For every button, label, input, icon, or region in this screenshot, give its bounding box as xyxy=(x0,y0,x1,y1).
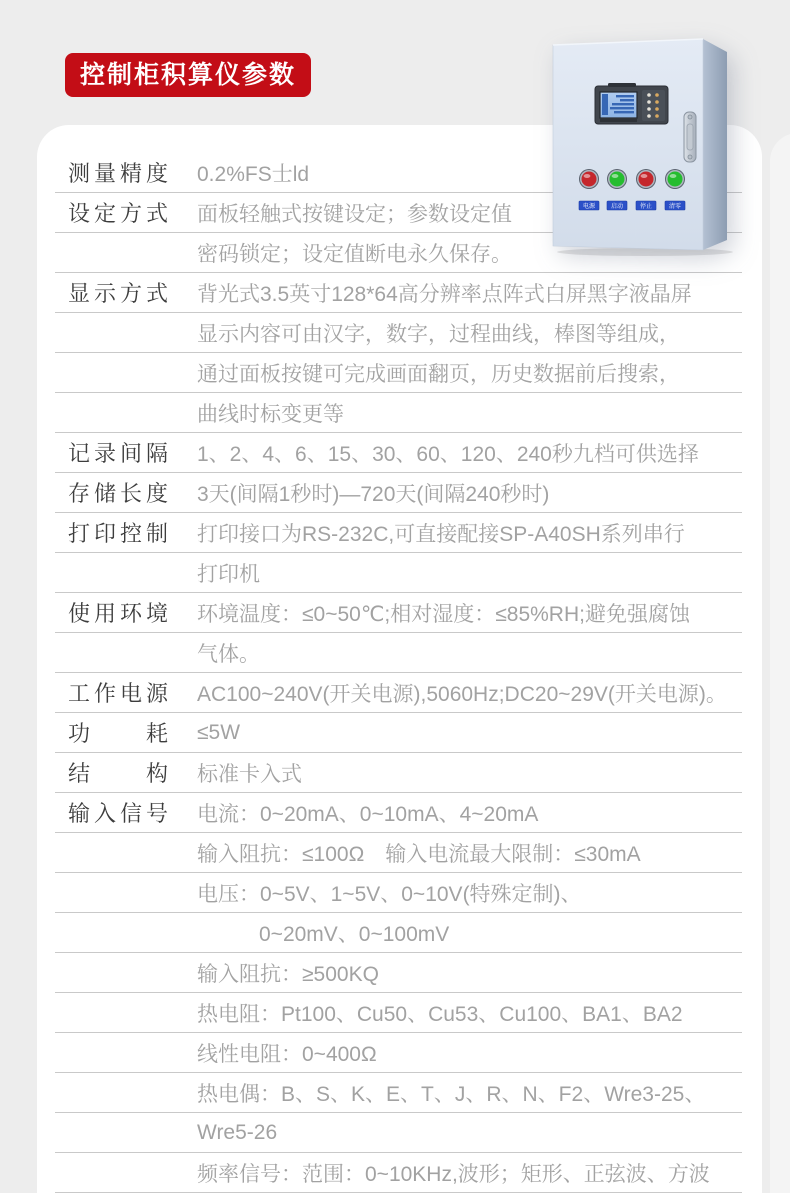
spec-row-value: 电压：0~5V、1~5V、0~10V(特殊定制)、 xyxy=(197,878,582,908)
spec-row-value: 曲线时标变更等 xyxy=(197,398,344,428)
spec-row-value: 热电阻：Pt100、Cu50、Cu53、Cu100、BA1、BA2 xyxy=(197,998,683,1028)
spec-row-label: 测量精度 xyxy=(68,157,168,188)
spec-row: 线性电阻：0~400Ω xyxy=(55,1033,742,1073)
spec-row-value: 打印接口为RS-232C,可直接配接SP-A40SH系列串行 xyxy=(197,518,685,548)
spec-row-value: 热电偶：B、S、K、E、T、J、R、N、F2、Wre3-25、 xyxy=(197,1078,705,1108)
page-title: 控制柜积算仪参数 xyxy=(65,53,311,97)
spec-row: 记录间隔1、2、4、6、15、30、60、120、240秒九档可供选择 xyxy=(55,433,742,473)
spec-row-value: 频率信号：范围：0~10KHz,波形；矩形、正弦波、方波 xyxy=(197,1158,710,1188)
spec-row-value: 3天(间隔1秒时)—720天(间隔240秒时) xyxy=(197,478,549,508)
spec-row-value: 通过面板按键可完成画面翻页，历史数据前后搜索， xyxy=(197,358,680,388)
spec-row-value: 环境温度：≤0~50℃;相对湿度：≤85%RH;避免强腐蚀 xyxy=(197,598,690,628)
spec-row: 输入阻抗：≤100Ω 输入电流最大限制：≤30mA xyxy=(55,833,742,873)
spec-row-label: 结构 xyxy=(68,757,168,788)
spec-row: 工作电源AC100~240V(开关电源),5060Hz;DC20~29V(开关电… xyxy=(55,673,742,713)
spec-row: 通过面板按键可完成画面翻页，历史数据前后搜索， xyxy=(55,353,742,393)
recorder-instrument xyxy=(595,83,668,124)
stop-button-label: 停止 xyxy=(640,202,652,210)
spec-row: 曲线时标变更等 xyxy=(55,393,742,433)
spec-row-label: 设定方式 xyxy=(68,197,168,228)
spec-table: 测量精度0.2%FS士ld设定方式面板轻触式按键设定；参数设定值密码锁定；设定值… xyxy=(55,125,742,1193)
spec-card: 测量精度0.2%FS士ld设定方式面板轻触式按键设定；参数设定值密码锁定；设定值… xyxy=(37,125,762,1193)
power-button-label: 电源 xyxy=(583,202,596,210)
spec-row: 功耗≤5W xyxy=(55,713,742,753)
clear-button xyxy=(665,169,685,189)
spec-row-label: 打印控制 xyxy=(68,517,168,548)
spec-row-value: 背光式3.5英寸128*64高分辨率点阵式白屏黑字液晶屏 xyxy=(197,278,692,308)
spec-row-value: 0~20mV、0~100mV xyxy=(197,918,449,948)
clear-button-label: 清零 xyxy=(669,202,681,210)
spec-row-value: ≤5W xyxy=(197,721,240,745)
start-button xyxy=(607,169,627,189)
spec-row: 显示方式背光式3.5英寸128*64高分辨率点阵式白屏黑字液晶屏 xyxy=(55,273,742,313)
spec-row: 打印机 xyxy=(55,553,742,593)
spec-row-value: 1、2、4、6、15、30、60、120、240秒九档可供选择 xyxy=(197,438,699,468)
spec-row: 热电阻：Pt100、Cu50、Cu53、Cu100、BA1、BA2 xyxy=(55,993,742,1033)
spec-row: 输入信号电流：0~20mA、0~10mA、4~20mA xyxy=(55,793,742,833)
door-handle xyxy=(684,112,696,162)
background-card-layer xyxy=(770,133,790,1193)
spec-row-label: 输入信号 xyxy=(68,797,168,828)
spec-row: 显示内容可由汉字，数字，过程曲线，棒图等组成， xyxy=(55,313,742,353)
spec-row-value: 面板轻触式按键设定；参数设定值 xyxy=(197,198,512,228)
spec-row-value: 输入阻抗：≥500KQ xyxy=(197,958,379,988)
spec-row: Wre5-26 xyxy=(55,1113,742,1153)
spec-row-value: AC100~240V(开关电源),5060Hz;DC20~29V(开关电源)。 xyxy=(197,678,727,708)
spec-row: 打印控制打印接口为RS-232C,可直接配接SP-A40SH系列串行 xyxy=(55,513,742,553)
spec-row-value: Wre5-26 xyxy=(197,1121,277,1145)
spec-row-value: 0.2%FS士ld xyxy=(197,158,309,188)
spec-row-value: 密码锁定；设定值断电永久保存。 xyxy=(197,238,512,268)
spec-row: 存储长度3天(间隔1秒时)—720天(间隔240秒时) xyxy=(55,473,742,513)
spec-row: 气体。 xyxy=(55,633,742,673)
spec-row: 结构标准卡入式 xyxy=(55,753,742,793)
instrument-key-panel xyxy=(642,90,665,121)
spec-row-value: 电流：0~20mA、0~10mA、4~20mA xyxy=(197,798,538,828)
spec-row-value: 输入阻抗：≤100Ω 输入电流最大限制：≤30mA xyxy=(197,838,641,868)
spec-row: 频率信号：范围：0~10KHz,波形；矩形、正弦波、方波 xyxy=(55,1153,742,1193)
spec-row-label: 功耗 xyxy=(68,717,168,748)
cabinet-shadow xyxy=(557,248,733,256)
control-cabinet-photo: 电源 启动 停止 清零 xyxy=(550,36,740,258)
spec-row: 热电偶：B、S、K、E、T、J、R、N、F2、Wre3-25、 xyxy=(55,1073,742,1113)
stop-button xyxy=(636,169,656,189)
spec-row-value: 打印机 xyxy=(197,558,260,588)
spec-row-value: 标准卡入式 xyxy=(197,758,302,788)
spec-row: 电压：0~5V、1~5V、0~10V(特殊定制)、 xyxy=(55,873,742,913)
spec-row: 使用环境环境温度：≤0~50℃;相对湿度：≤85%RH;避免强腐蚀 xyxy=(55,593,742,633)
spec-row-label: 工作电源 xyxy=(68,677,168,708)
power-button xyxy=(579,169,599,189)
spec-row-label: 显示方式 xyxy=(68,277,168,308)
start-button-label: 启动 xyxy=(611,202,623,210)
spec-row: 输入阻抗：≥500KQ xyxy=(55,953,742,993)
cabinet-side-face xyxy=(703,39,727,250)
spec-row-value: 气体。 xyxy=(197,638,260,668)
spec-row-value: 显示内容可由汉字，数字，过程曲线，棒图等组成， xyxy=(197,318,680,348)
spec-row-label: 使用环境 xyxy=(68,597,168,628)
spec-row-value: 线性电阻：0~400Ω xyxy=(197,1038,377,1068)
spec-row-label: 存储长度 xyxy=(68,477,168,508)
spec-row: 0~20mV、0~100mV xyxy=(55,913,742,953)
spec-row-label: 记录间隔 xyxy=(68,437,168,468)
cabinet-front-face xyxy=(553,39,703,250)
